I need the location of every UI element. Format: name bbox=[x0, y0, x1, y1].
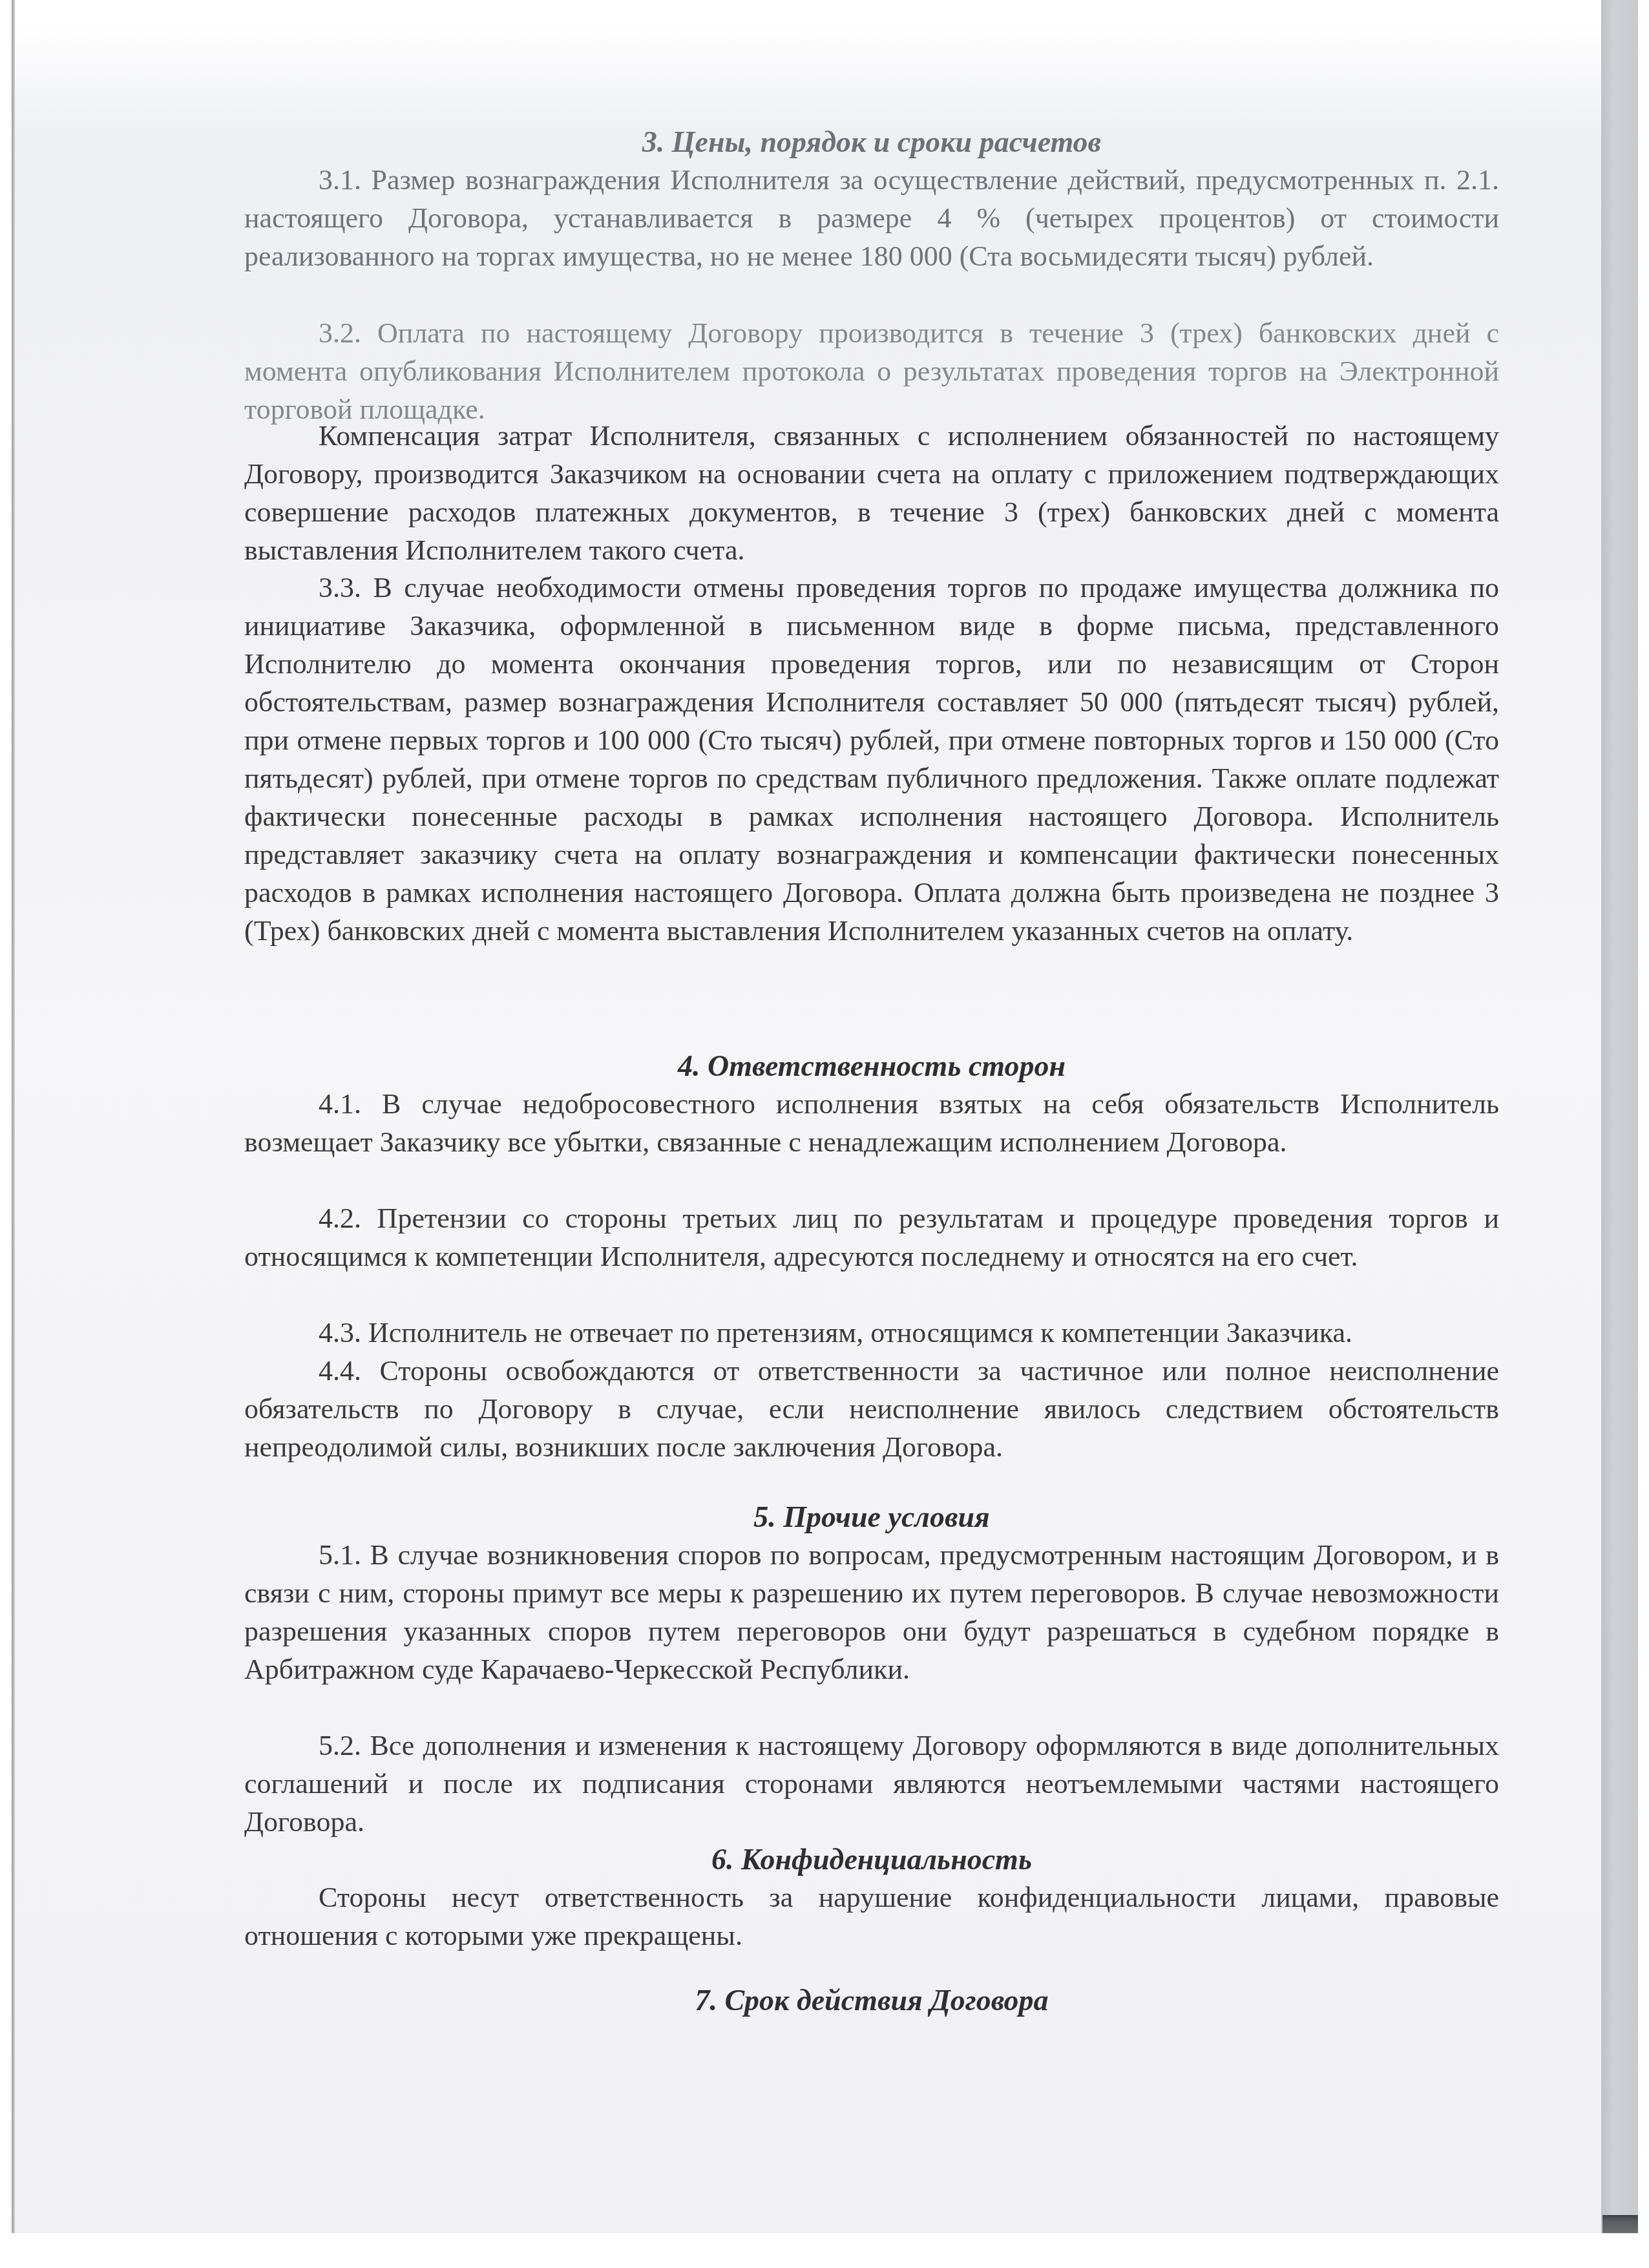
scan-left-edge bbox=[12, 0, 15, 2233]
paragraph-5-2: 5.2. Все дополнения и изменения к настоя… bbox=[244, 1727, 1499, 1841]
section-heading-4: 4. Ответственность сторон bbox=[244, 1047, 1499, 1085]
scan-corner-shadow bbox=[1602, 2215, 1638, 2233]
paragraph-3-compensation: Компенсация затрат Исполнителя, связанны… bbox=[244, 417, 1499, 569]
section-heading-5: 5. Прочие условия bbox=[244, 1498, 1499, 1536]
paragraph-3-3: 3.3. В случае необходимости отмены прове… bbox=[244, 569, 1499, 950]
paragraph-6: Стороны несут ответственность за нарушен… bbox=[244, 1878, 1499, 1955]
section-heading-3: 3. Цены, порядок и сроки расчетов bbox=[244, 123, 1499, 161]
paragraph-3-2: 3.2. Оплата по настоящему Договору произ… bbox=[244, 314, 1499, 428]
section-heading-7: 7. Срок действия Договора bbox=[244, 1981, 1499, 2019]
scan-right-border bbox=[1601, 0, 1638, 2233]
paragraph-4-1: 4.1. В случае недобросовестного исполнен… bbox=[244, 1085, 1499, 1161]
paragraph-4-3: 4.3. Исполнитель не отвечает по претензи… bbox=[244, 1314, 1499, 1352]
paragraph-3-1: 3.1. Размер вознаграждения Исполнителя з… bbox=[244, 161, 1499, 275]
section-heading-6: 6. Конфиденциальность bbox=[244, 1840, 1499, 1878]
paragraph-4-4: 4.4. Стороны освобождаются от ответствен… bbox=[244, 1352, 1499, 1466]
paragraph-4-2: 4.2. Претензии со стороны третьих лиц по… bbox=[244, 1199, 1499, 1276]
paragraph-5-1: 5.1. В случае возникновения споров по во… bbox=[244, 1536, 1499, 1688]
